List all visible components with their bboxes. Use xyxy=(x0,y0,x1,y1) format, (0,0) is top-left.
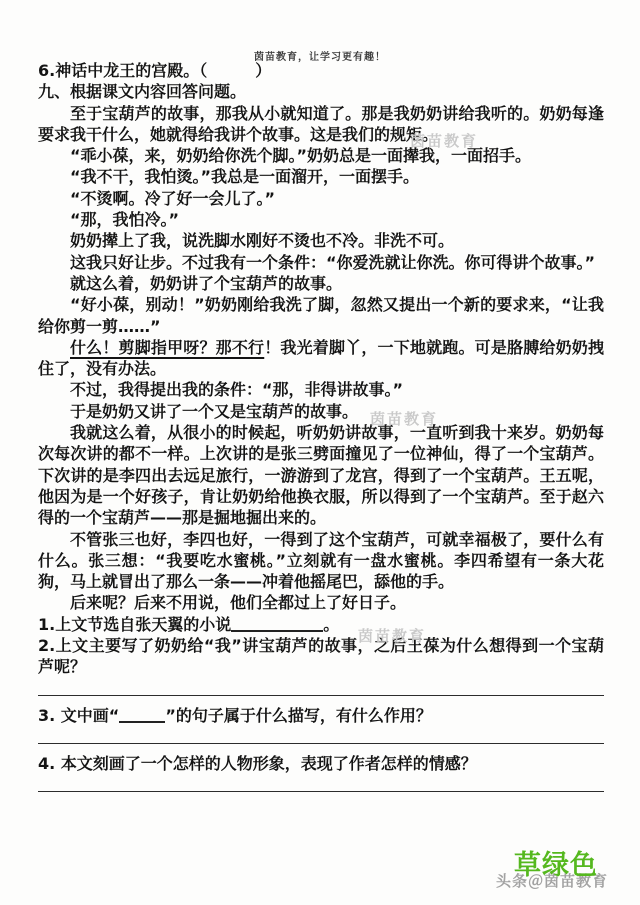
story-paragraph: “好小葆，别动！”奶奶刚给我洗了脚，忽然又提出一个新的要求来，“让我给你剪一剪…… xyxy=(38,294,604,337)
answer-line-2 xyxy=(38,743,604,744)
footer-watermark-green: 草绿色 xyxy=(514,843,598,882)
question-4: 4. 本文刻画了一个怎样的人物形象，表现了作者怎样的情感？ xyxy=(38,753,604,774)
question-3-text: 3. 文中画“ xyxy=(38,706,119,725)
answer-blank-q1 xyxy=(231,617,323,632)
story-paragraph: 我就这么着，从很小的时候起，听奶奶讲故事，一直听到我十来岁。奶奶每次每次讲的都不… xyxy=(38,422,604,528)
question-3-text-suffix: ”的句子属于什么描写，有什么作用？ xyxy=(165,706,432,725)
underlined-sentence: 什么！剪脚指甲呀？那不行 xyxy=(70,338,264,357)
answer-blank-q3 xyxy=(119,708,165,723)
section-heading: 九、根据课文内容回答问题。 xyxy=(38,81,604,102)
story-paragraph: “不烫啊。冷了好一会儿了。” xyxy=(38,188,604,209)
story-paragraph: “乖小葆，来，奶奶给你洗个脚。”奶奶总是一面撵我，一面招手。 xyxy=(38,145,604,166)
worksheet-content: 6.神话中龙王的宫殿。（ ） 九、根据课文内容回答问题。 至于宝葫芦的故事，那我… xyxy=(38,60,604,801)
story-paragraph: 不管张三也好，李四也好，一得到了这个宝葫芦，可就幸福极了，要什么有什么。张三想：… xyxy=(38,529,604,593)
story-paragraph: 奶奶撵上了我，说洗脚水刚好不烫也不冷。非洗不可。 xyxy=(38,230,604,251)
story-paragraph: “我不干，我怕烫。”我总是一面溜开，一面摆手。 xyxy=(38,166,604,187)
question-1-text: 1.上文节选自张天翼的小说 xyxy=(38,615,231,634)
question-1: 1.上文节选自张天翼的小说。 xyxy=(38,614,604,635)
worksheet-page: 茵苗教育，让学习更有趣！ 6.神话中龙王的宫殿。（ ） 九、根据课文内容回答问题… xyxy=(0,0,640,905)
question-3: 3. 文中画“”的句子属于什么描写，有什么作用？ xyxy=(38,705,604,726)
question-2: 2.上文主要写了奶奶给“我”讲宝葫芦的故事，之后王葆为什么想得到一个宝葫芦呢？ xyxy=(38,635,604,678)
story-paragraph: 后来呢？后来不用说，他们全都过上了好日子。 xyxy=(38,592,604,613)
story-paragraph-with-underline: 什么！剪脚指甲呀？那不行！我光着脚丫，一下地就跑。可是胳膊给奶奶拽住了，没有办法… xyxy=(38,337,604,380)
story-paragraph: “那，我怕冷。” xyxy=(38,209,604,230)
answer-line-1 xyxy=(38,695,604,696)
question-1-period: 。 xyxy=(323,615,339,634)
exercise-item-6: 6.神话中龙王的宫殿。（ ） xyxy=(38,60,604,81)
story-paragraph: 就这么着，奶奶讲了个宝葫芦的故事。 xyxy=(38,273,604,294)
answer-line-3 xyxy=(38,791,604,792)
story-paragraph: 这我只好让步。不过我有一个条件：“你爱洗就让你洗。你可得讲个故事。” xyxy=(38,252,604,273)
story-paragraph: 至于宝葫芦的故事，那我从小就知道了。那是我奶奶讲给我听的。奶奶每逢要求我干什么，… xyxy=(38,103,604,146)
story-paragraph: 于是奶奶又讲了一个又是宝葫芦的故事。 xyxy=(38,401,604,422)
story-paragraph: 不过，我得提出我的条件：“那，非得讲故事。” xyxy=(38,379,604,400)
